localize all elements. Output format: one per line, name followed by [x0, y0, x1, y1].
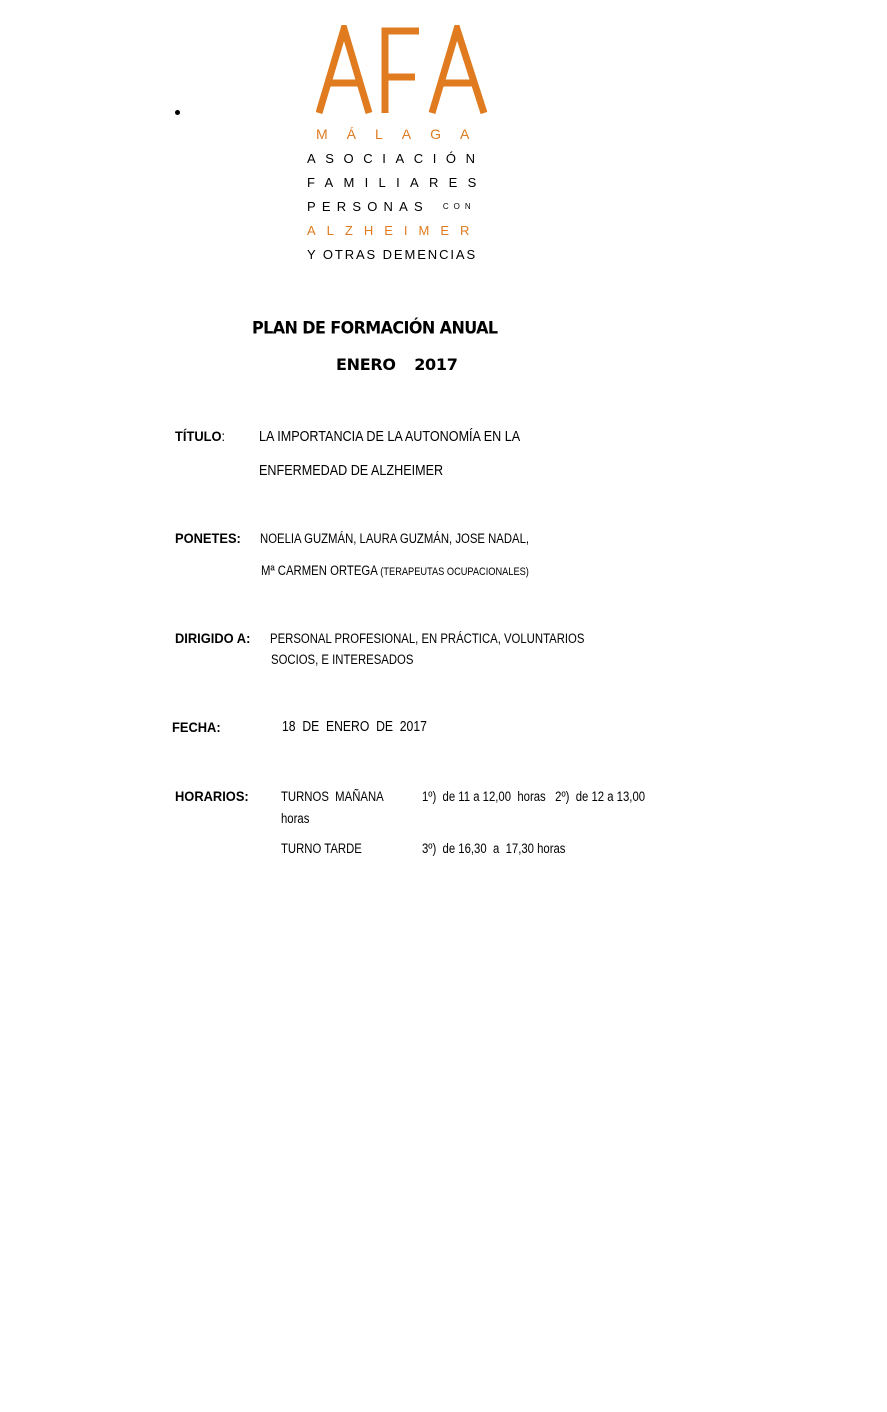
logo-line-otras-demencias: Y OTRAS DEMENCIAS [307, 247, 477, 262]
turno-manana-wrap: horas [281, 811, 309, 826]
dirigido-label: DIRIGIDO A: [175, 630, 250, 646]
turno-manana-detail: 1º) de 11 a 12,00 horas 2º) de 12 a 13,0… [422, 789, 645, 804]
bullet-dot [175, 110, 180, 115]
dirigido-line-2: SOCIOS, E INTERESADOS [271, 652, 413, 667]
ponentes-name: Mª CARMEN ORTEGA [261, 563, 377, 578]
afa-logo-icon [316, 25, 488, 115]
titulo-line-1: LA IMPORTANCIA DE LA AUTONOMÍA EN LA [259, 428, 520, 445]
horarios-label: HORARIOS: [175, 788, 249, 804]
turno-tarde-name: TURNO TARDE [281, 841, 362, 856]
ponentes-label: PONETES: [175, 530, 241, 546]
page-subtitle: ENERO 2017 [336, 355, 458, 374]
logo-line-personas: PERSONASCON [307, 199, 476, 214]
turno-manana-name: TURNOS MAÑANA [281, 789, 384, 804]
logo-city: MÁLAGA [316, 126, 488, 142]
fecha-value: 18 DE ENERO DE 2017 [282, 719, 427, 735]
logo-line-asociacion: ASOCIACIÓN [307, 151, 485, 166]
titulo-line-2: ENFERMEDAD DE ALZHEIMER [259, 462, 443, 479]
titulo-label-text: TÍTULO [175, 428, 222, 444]
logo-line-alzheimer: ALZHEIMER [307, 223, 480, 238]
logo-line-familiares: FAMILIARES [307, 175, 487, 190]
page-title: PLAN DE FORMACIÓN ANUAL [252, 318, 498, 338]
ponentes-line-2: Mª CARMEN ORTEGA (TERAPEUTAS OCUPACIONAL… [261, 563, 529, 578]
fecha-label: FECHA: [172, 719, 221, 735]
dirigido-line-1: PERSONAL PROFESIONAL, EN PRÁCTICA, VOLUN… [270, 631, 584, 646]
ponentes-role: (TERAPEUTAS OCUPACIONALES) [380, 566, 529, 578]
logo-connector: CON [443, 202, 476, 211]
titulo-label: TÍTULO: [175, 428, 225, 444]
ponentes-line-1: NOELIA GUZMÁN, LAURA GUZMÁN, JOSE NADAL, [260, 531, 529, 546]
turno-tarde-detail: 3º) de 16,30 a 17,30 horas [422, 841, 565, 856]
logo-personas: PERSONAS [307, 199, 429, 214]
titulo-colon: : [222, 428, 226, 444]
